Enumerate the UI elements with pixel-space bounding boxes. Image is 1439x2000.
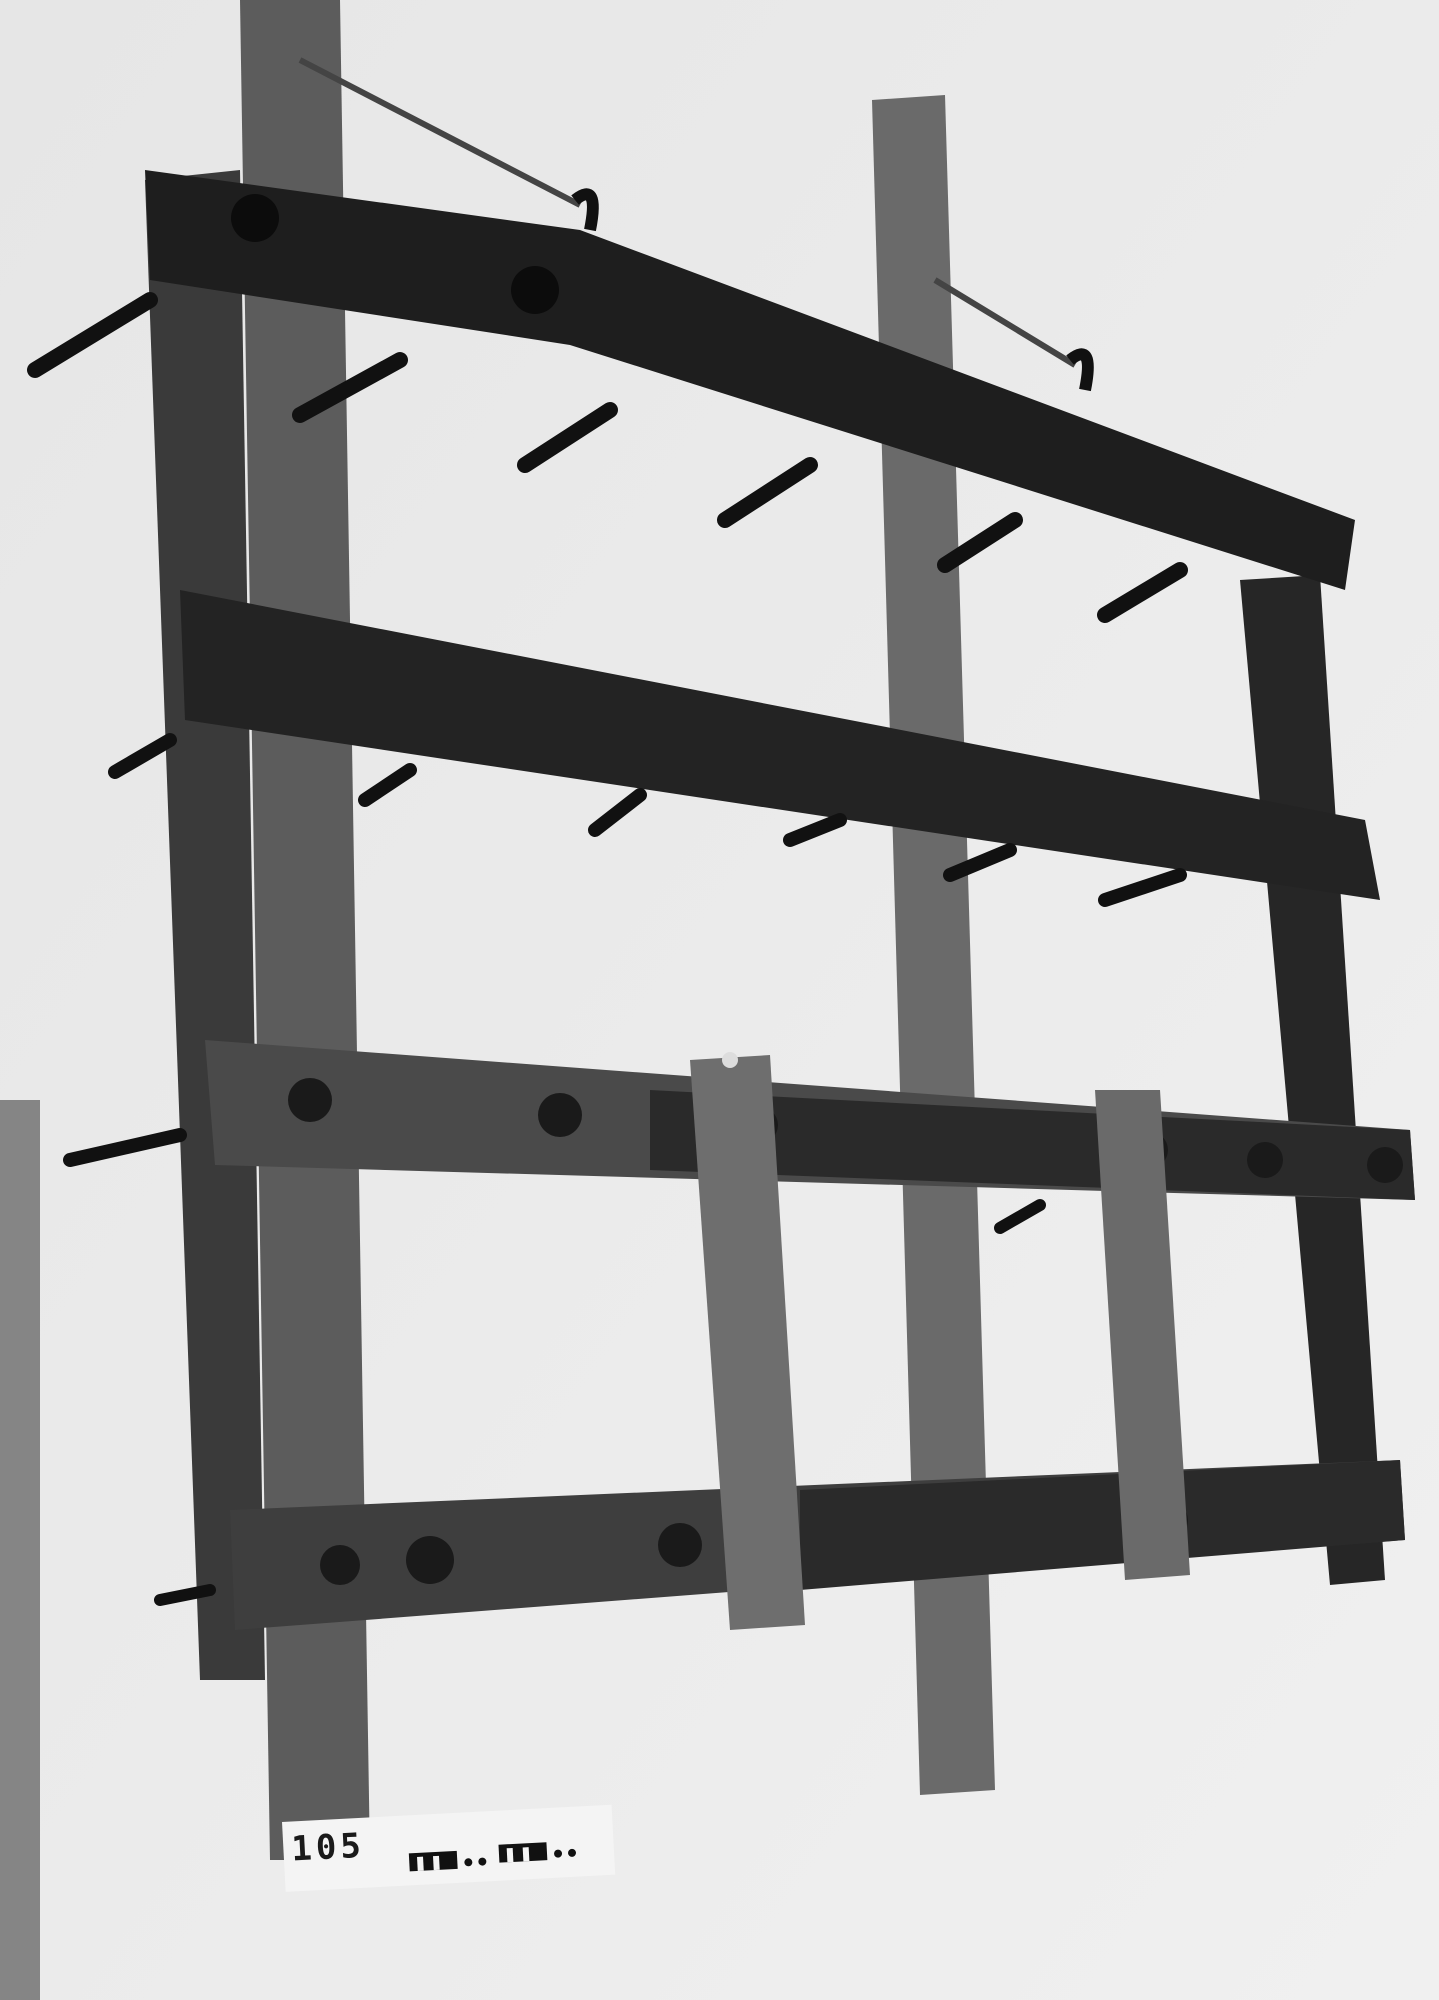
photo-wooden-rack bbox=[0, 0, 1439, 2000]
scale-bar-icon bbox=[403, 1827, 605, 1877]
catalog-number: 105 bbox=[290, 1826, 365, 1870]
